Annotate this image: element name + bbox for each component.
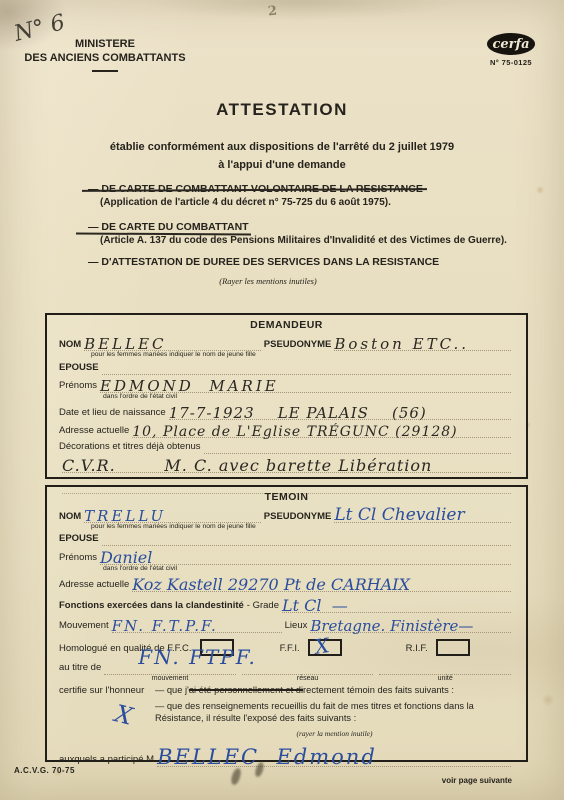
mouvement-handwritten-value: FN. F.T.P.F. <box>112 619 218 634</box>
handwritten-pencil-mark: 2 <box>267 4 278 20</box>
intro-line2: à l'appui d'une demande <box>0 159 564 171</box>
lieux-field: Bretagne. Finistère— <box>310 617 511 633</box>
au-titre-mouvement-field: FN. FTPF. mouvement <box>104 661 236 675</box>
option-combattant-underlined-text: — DE CARTE DU COMBATTANT <box>88 221 249 233</box>
prenoms-label: Prénoms <box>59 381 97 392</box>
prenoms-note: dans l'ordre de l'état civil <box>103 566 514 573</box>
pseudonyme-field: Lt Cl Chevalier <box>334 505 511 523</box>
rayer-mention-note: (rayer la mention inutile) <box>155 729 514 739</box>
document-page: N°­ 6 2 MINISTERE DES ANCIENS COMBATTANT… <box>0 0 564 800</box>
nom-note: pour les femmes mariées indiquer le nom … <box>91 524 514 531</box>
lieux-handwritten-value: Bretagne. Finistère— <box>310 619 473 634</box>
naissance-field: 17-7-1923 LE PALAIS (56) <box>169 404 511 420</box>
participe-handwritten-value: BELLEC Edmond <box>157 747 377 768</box>
pseudonyme-field: Boston ETC.. <box>334 335 511 351</box>
rayer-mentions-note: (Rayer les mentions inutiles) <box>88 276 448 286</box>
sub-label-mouvement: mouvement <box>152 675 189 682</box>
ministry-line1: MINISTERE <box>15 38 195 52</box>
voir-page-suivante-note: voir page suivante <box>59 776 514 785</box>
demandeur-section-title: DEMANDEUR <box>59 319 514 331</box>
intro-line1: établie conformément aux dispositions de… <box>0 141 564 153</box>
lieux-label: Lieux <box>285 621 308 632</box>
option-carte-cvr: — DE CARTE DE COMBATTANT VOLONTAIRE DE L… <box>88 183 528 195</box>
prenoms-handwritten-value: EDMOND MARIE <box>100 379 279 394</box>
demandeur-epouse-row: EPOUSE <box>59 362 514 375</box>
nom-label: NOM <box>59 340 81 351</box>
naissance-label: Date et lieu de naissance <box>59 408 166 419</box>
cerfa-logo: cerfa N° 75-0125 <box>480 33 542 67</box>
au-titre-unite-field: unité <box>379 661 511 675</box>
sub-label-unite: unité <box>438 675 453 682</box>
ffi-label: F.F.I. <box>280 644 300 655</box>
handwritten-x-mark: X <box>111 698 135 732</box>
option-carte-combattant: — DE CARTE DU COMBATTANT <box>88 221 528 233</box>
ffi-x-mark: X <box>313 633 330 659</box>
adresse-field: 10, Place de L'Eglise TRÉGUNC (29128) <box>132 423 511 438</box>
option-combattant-note: (Article A. 137 du code des Pensions Mil… <box>100 235 520 248</box>
grade-field: Lt Cl — <box>282 596 511 613</box>
nom-handwritten-value: BELLEC <box>84 337 166 352</box>
cerfa-logo-text: cerfa <box>492 37 529 52</box>
option-attestation-duree: — D'ATTESTATION DE DUREE DES SERVICES DA… <box>88 256 528 268</box>
temoin-section: TEMOIN NOM TRELLU PSEUDONYME Lt Cl Cheva… <box>45 485 528 762</box>
adresse-handwritten-value: 10, Place de L'Eglise TRÉGUNC (29128) <box>132 425 457 439</box>
demandeur-adresse-row: Adresse actuelle 10, Place de L'Eglise T… <box>59 423 514 438</box>
prenoms-field: Daniel <box>100 548 511 565</box>
fonctions-label: Fonctions exercées dans la clandestinité <box>59 601 244 612</box>
pseudonyme-label: PSEUDONYME <box>264 512 332 523</box>
pseudonyme-handwritten-value: Lt Cl Chevalier <box>334 507 464 524</box>
demandeur-naissance-row: Date et lieu de naissance 17-7-1923 LE P… <box>59 404 514 420</box>
certifie-item-renseignements: X — que des renseignements recueillis du… <box>155 700 514 724</box>
demandeur-decorations-row: Décorations et titres déjà obtenus <box>59 441 514 454</box>
certifie-label: certifie sur l'honneur <box>59 684 155 696</box>
ministry-line2: DES ANCIENS COMBATTANTS <box>15 52 195 66</box>
ministry-underline <box>92 70 118 72</box>
adresse-label: Adresse actuelle <box>59 580 129 591</box>
certifie-items: — que j'ai été personnellement et direct… <box>155 684 514 739</box>
epouse-field <box>102 362 511 375</box>
epouse-label: EPOUSE <box>59 363 99 374</box>
nom-note: pour les femmes mariées indiquer le nom … <box>91 352 514 359</box>
page-title: ATTESTATION <box>0 100 564 120</box>
temoin-fonctions-row: Fonctions exercées dans la clandestinité… <box>59 596 514 613</box>
ffi-checkbox: X <box>308 639 342 656</box>
prenoms-label: Prénoms <box>59 553 97 564</box>
epouse-field <box>102 533 511 546</box>
ministry-header: MINISTERE DES ANCIENS COMBATTANTS <box>15 38 195 72</box>
sub-label-reseau: réseau <box>297 675 318 682</box>
decorations-field-tail <box>204 441 511 454</box>
demandeur-decorations-value-row: C.V.R. M. C. avec barette Libération <box>59 456 514 473</box>
mouvement-label: Mouvement <box>59 621 109 632</box>
decorations-field: C.V.R. M. C. avec barette Libération <box>62 456 511 473</box>
pseudonyme-label: PSEUDONYME <box>264 340 332 351</box>
grade-label: - Grade <box>247 601 279 612</box>
prenoms-handwritten-value: Daniel <box>100 550 152 566</box>
form-reference-code: A.C.V.G. 70-75 <box>14 766 75 775</box>
demandeur-prenoms-row: Prénoms EDMOND MARIE <box>59 377 514 393</box>
participe-row: auxquels a participé M BELLEC Edmond <box>59 745 514 767</box>
option-cvr-struck-text: — DE CARTE DE COMBATTANT VOLONTAIRE DE L… <box>88 183 423 195</box>
epouse-label: EPOUSE <box>59 534 99 545</box>
demande-options: — DE CARTE DE COMBATTANT VOLONTAIRE DE L… <box>88 183 528 286</box>
demandeur-nom-row: NOM BELLEC PSEUDONYME Boston ETC.. <box>59 335 514 351</box>
decorations-label: Décorations et titres déjà obtenus <box>59 442 201 453</box>
certification-block: certifie sur l'honneur — que j'ai été pe… <box>59 684 514 739</box>
rif-checkbox <box>436 639 470 656</box>
mouvement-field: FN. F.T.P.F. <box>112 617 282 633</box>
au-titre-reseau-field: réseau <box>242 661 374 675</box>
nom-handwritten-value: TRELLU <box>84 509 166 524</box>
temoin-epouse-row: EPOUSE <box>59 533 514 546</box>
temoin-homologue-row: Homologué en qualité de F.F.C. F.F.I. X … <box>59 639 514 656</box>
nom-field: TRELLU <box>84 507 261 523</box>
au-titre-handwritten-value: FN. FTPF. <box>138 647 257 667</box>
nom-label: NOM <box>59 512 81 523</box>
decorations-handwritten-value: C.V.R. M. C. avec barette Libération <box>62 458 432 474</box>
certifie-item1-rest: rectement témoin des faits suivants : <box>303 685 454 695</box>
option-cvr-note: (Application de l'article 4 du décret n°… <box>100 197 520 210</box>
adresse-field: Koz Kastell 29270 Pt de CARHAIX <box>132 575 511 592</box>
certifie-item1-struck-text: ai été personnellement et di <box>189 685 303 695</box>
temoin-section-title: TEMOIN <box>59 491 514 503</box>
cerfa-form-number: N° 75-0125 <box>480 58 542 67</box>
certifie-item1-prefix: — que j' <box>155 685 189 695</box>
temoin-au-titre-row: au titre de FN. FTPF. mouvement réseau u… <box>59 661 514 675</box>
au-titre-label: au titre de <box>59 663 101 674</box>
temoin-prenoms-row: Prénoms Daniel <box>59 548 514 565</box>
participe-field: BELLEC Edmond <box>157 745 511 767</box>
adresse-label: Adresse actuelle <box>59 426 129 437</box>
grade-handwritten-value: Lt Cl — <box>282 598 348 614</box>
certifie-item2-text: — que des renseignements recueillis du f… <box>155 701 474 723</box>
rif-label: R.I.F. <box>406 644 428 655</box>
participe-label: auxquels a participé M <box>59 755 154 766</box>
certifie-item-temoin-direct: — que j'ai été personnellement et direct… <box>155 684 514 696</box>
cerfa-oval-icon: cerfa <box>487 33 535 55</box>
pseudonyme-handwritten-value: Boston ETC.. <box>334 337 469 352</box>
prenoms-note: dans l'ordre de l'état civil <box>103 394 514 401</box>
temoin-adresse-row: Adresse actuelle Koz Kastell 29270 Pt de… <box>59 575 514 592</box>
prenoms-field: EDMOND MARIE <box>100 377 511 393</box>
nom-field: BELLEC <box>84 335 261 351</box>
adresse-handwritten-value: Koz Kastell 29270 Pt de CARHAIX <box>132 577 410 593</box>
demandeur-section: DEMANDEUR NOM BELLEC PSEUDONYME Boston E… <box>45 313 528 479</box>
temoin-nom-row: NOM TRELLU PSEUDONYME Lt Cl Chevalier <box>59 505 514 523</box>
temoin-mouvement-row: Mouvement FN. F.T.P.F. Lieux Bretagne. F… <box>59 617 514 633</box>
naissance-handwritten-value: 17-7-1923 LE PALAIS (56) <box>169 406 427 421</box>
